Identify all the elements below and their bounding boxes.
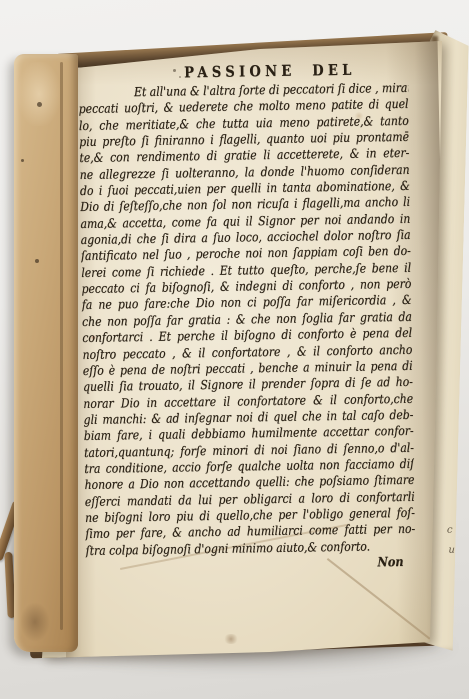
body-text: Et all'una & l'altra ſorte di peccatori … (78, 80, 415, 559)
cover-speck (21, 159, 24, 162)
cover-edge-ridge (60, 62, 63, 630)
book-page: PASSIONE DEL Et all'una & l'altra ſorte … (40, 36, 452, 666)
page-paper-surface: PASSIONE DEL Et all'una & l'altra ſorte … (40, 36, 452, 666)
printed-text-block: PASSIONE DEL Et all'una & l'altra ſorte … (78, 61, 416, 576)
cover-speck (37, 102, 42, 107)
cover-smudge (20, 602, 50, 642)
page-stain (223, 634, 239, 644)
vellum-cover-board (14, 54, 78, 652)
cover-top-fold-highlight (18, 62, 60, 126)
photograph-of-open-book: c u PASSIONE DEL Et all'una & l'altra ſo… (0, 0, 469, 699)
cover-speck (35, 259, 39, 263)
